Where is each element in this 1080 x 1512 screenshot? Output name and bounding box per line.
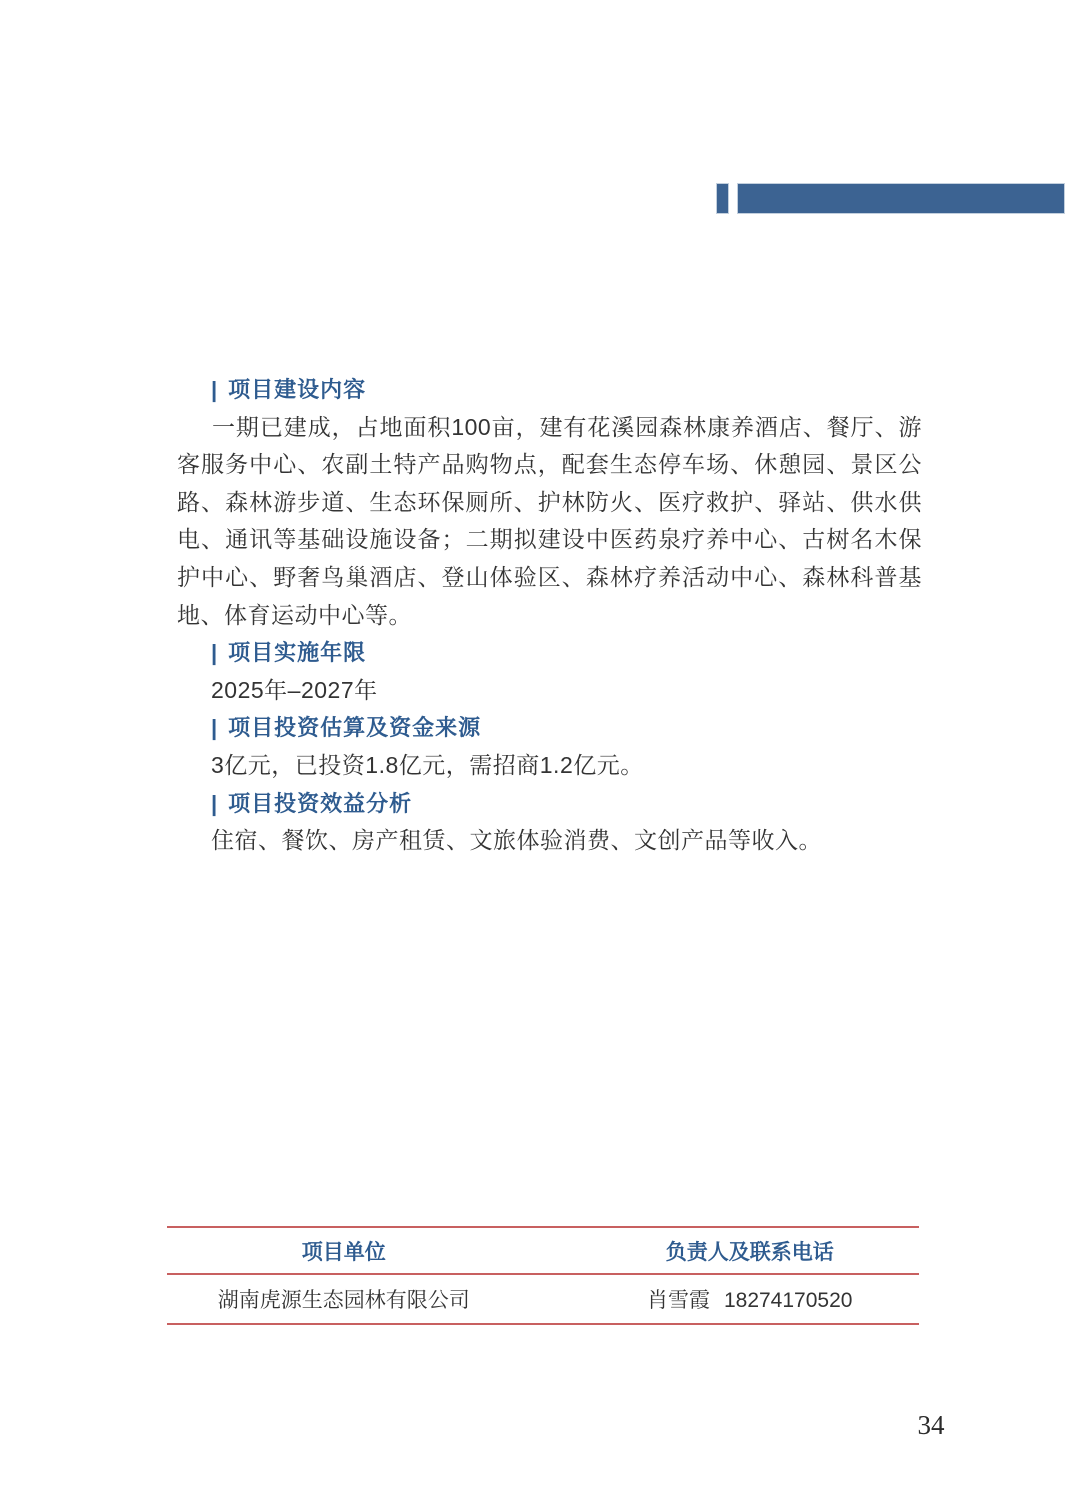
table-data-row: 湖南虎源生态园林有限公司 肖雪霞18274170520 bbox=[167, 1275, 919, 1325]
section-header-benefit: |项目投资效益分析 bbox=[177, 785, 922, 823]
contact-phone-number: 18274170520 bbox=[724, 1289, 852, 1312]
section-header-investment: |项目投资估算及资金来源 bbox=[177, 709, 922, 747]
section-title: 项目建设内容 bbox=[228, 377, 366, 402]
section-marker-icon: | bbox=[211, 377, 218, 402]
contact-table: 项目单位 负责人及联系电话 湖南虎源生态园林有限公司 肖雪霞1827417052… bbox=[167, 1226, 919, 1325]
table-header-project-unit: 项目单位 bbox=[167, 1236, 520, 1266]
header-bar bbox=[716, 183, 1065, 214]
section-title: 项目投资估算及资金来源 bbox=[228, 715, 481, 740]
section-body-schedule: 2025年–2027年 bbox=[177, 672, 922, 710]
table-header-contact: 负责人及联系电话 bbox=[520, 1236, 919, 1266]
section-title: 项目实施年限 bbox=[228, 640, 366, 665]
contact-cell: 肖雪霞18274170520 bbox=[520, 1284, 919, 1314]
section-body-benefit: 住宿、餐饮、房产租赁、文旅体验消费、文创产品等收入。 bbox=[177, 822, 922, 860]
company-name: 湖南虎源生态园林有限公司 bbox=[167, 1284, 520, 1314]
content-area: |项目建设内容 一期已建成，占地面积100亩，建有花溪园森林康养酒店、餐厅、游客… bbox=[177, 371, 922, 860]
section-body-construction: 一期已建成，占地面积100亩，建有花溪园森林康养酒店、餐厅、游客服务中心、农副土… bbox=[177, 409, 922, 635]
document-page: |项目建设内容 一期已建成，占地面积100亩，建有花溪园森林康养酒店、餐厅、游客… bbox=[0, 0, 1080, 1512]
section-marker-icon: | bbox=[211, 791, 218, 816]
section-marker-icon: | bbox=[211, 715, 218, 740]
header-bar-accent-block bbox=[716, 183, 729, 214]
section-marker-icon: | bbox=[211, 640, 218, 665]
page-number: 34 bbox=[905, 1410, 957, 1441]
section-body-investment: 3亿元，已投资1.8亿元，需招商1.2亿元。 bbox=[177, 747, 922, 785]
header-bar-main bbox=[737, 183, 1065, 214]
section-title: 项目投资效益分析 bbox=[228, 791, 412, 816]
contact-person-name: 肖雪霞 bbox=[647, 1289, 710, 1312]
table-header-row: 项目单位 负责人及联系电话 bbox=[167, 1228, 919, 1275]
section-header-schedule: |项目实施年限 bbox=[177, 634, 922, 672]
section-header-construction: |项目建设内容 bbox=[177, 371, 922, 409]
